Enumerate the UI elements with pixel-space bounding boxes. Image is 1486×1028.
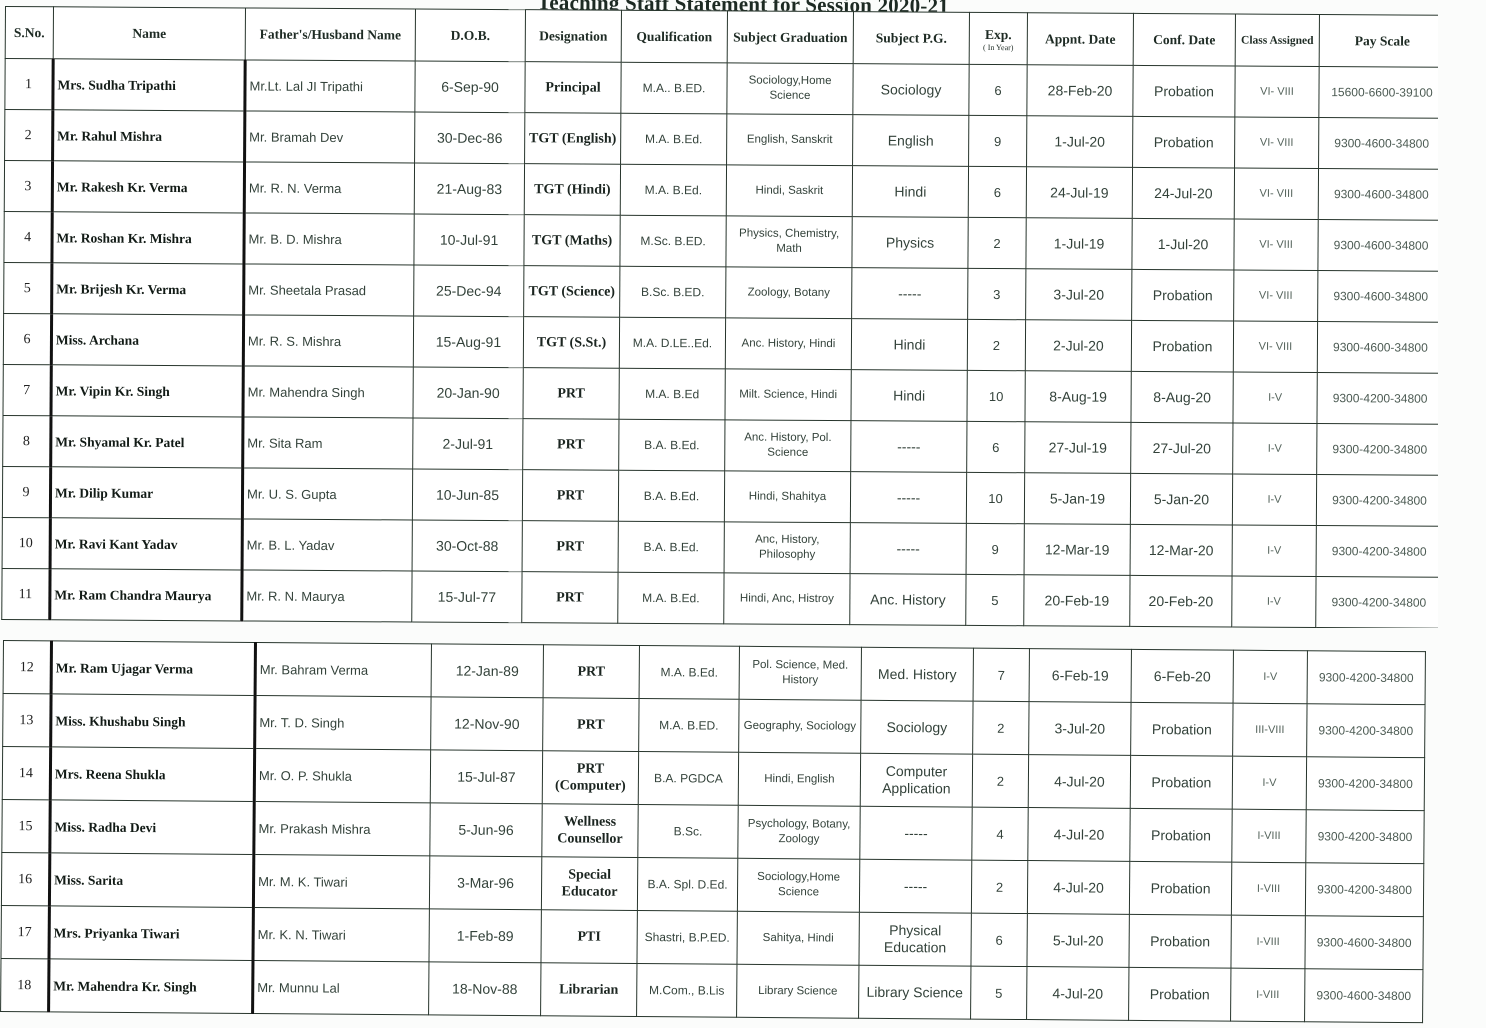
cell-pay-scale: 9300-4600-34800	[1319, 118, 1445, 170]
cell-confirmation-date: Probation	[1132, 269, 1234, 321]
cell-name: Mr. Rakesh Kr. Verma	[52, 161, 244, 213]
cell-experience: 4	[972, 807, 1028, 860]
table-row: 11 Mr. Ram Chandra Maurya Mr. R. N. Maur…	[2, 568, 1442, 628]
cell-experience: 10	[966, 472, 1024, 523]
cell-qualification: B.A. B.Ed.	[618, 521, 724, 573]
cell-designation: PRT	[543, 698, 639, 752]
header-experience: Exp. ( In Year)	[969, 12, 1027, 64]
cell-sno: 18	[1, 958, 49, 1011]
cell-appointment-date: 6-Feb-19	[1029, 649, 1131, 703]
cell-sno: 8	[3, 415, 51, 466]
cell-designation: Librarian	[541, 963, 637, 1017]
cell-confirmation-date: 12-Mar-20	[1130, 524, 1232, 576]
cell-name: Mrs. Priyanka Tiwari	[49, 906, 253, 961]
cell-qualification: M.A. B.Ed.	[618, 572, 724, 624]
cell-father-name: Mr. K. N. Tiwari	[253, 907, 429, 961]
cell-dob: 6-Sep-90	[415, 61, 525, 113]
cell-confirmation-date: Probation	[1129, 914, 1231, 968]
cell-father-name: Mr. B. D. Mishra	[244, 213, 414, 265]
cell-name: Mr. Ravi Kant Yadav	[50, 518, 242, 570]
scanned-document-page: Teaching Staff Statement for Session 202…	[0, 0, 1486, 1028]
cell-subject-graduation: English, Sanskrit	[727, 114, 853, 166]
cell-sno: 7	[3, 364, 51, 415]
cell-subject-graduation: Geography, Sociology	[739, 699, 861, 753]
cell-father-name: Mr. R. N. Verma	[244, 162, 414, 214]
cell-pay-scale: 9300-4600-34800	[1318, 169, 1444, 221]
cell-subject-graduation: Sahitya, Hindi	[737, 911, 859, 965]
cell-dob: 2-Jul-91	[413, 418, 523, 470]
cell-subject-graduation: Psychology, Botany, Zoology	[738, 805, 860, 859]
cell-name: Mr. Roshan Kr. Mishra	[52, 212, 244, 264]
cell-class-assigned: I-V	[1233, 372, 1317, 424]
cell-qualification: M.Com., B.Lis	[637, 963, 737, 1017]
table-body-part-2: 12 Mr. Ram Ujagar Verma Mr. Bahram Verma…	[1, 641, 1426, 1023]
cell-class-assigned: VI- VIII	[1234, 219, 1318, 271]
cell-father-name: Mr.Lt. Lal JI Tripathi	[245, 60, 415, 112]
cell-experience: 2	[973, 701, 1029, 754]
cell-confirmation-date: 1-Jul-20	[1132, 218, 1234, 270]
cell-name: Miss. Radha Devi	[50, 800, 254, 855]
header-class-assigned: Class Assigned	[1235, 14, 1319, 67]
cell-confirmation-date: Probation	[1130, 755, 1232, 809]
cell-confirmation-date: Probation	[1129, 967, 1231, 1021]
cell-pay-scale: 9300-4600-34800	[1305, 916, 1423, 970]
cell-qualification: Shastri, B.P.ED.	[637, 910, 737, 964]
cell-qualification: M.A. B.Ed.	[621, 113, 727, 165]
table-row: 1 Mrs. Sudha Tripathi Mr.Lt. Lal JI Trip…	[5, 59, 1445, 119]
cell-class-assigned: I-V	[1233, 650, 1307, 704]
header-subject-graduation: Subject Graduation	[727, 11, 853, 64]
cell-pay-scale: 9300-4600-34800	[1305, 969, 1423, 1023]
cell-class-assigned: VI- VIII	[1235, 66, 1319, 118]
cell-designation: PRT (Computer)	[542, 751, 638, 805]
cell-father-name: Mr. O. P. Shukla	[254, 748, 430, 802]
cell-subject-graduation: Sociology,Home Science	[737, 858, 859, 912]
cell-class-assigned: VI- VIII	[1233, 321, 1317, 373]
cell-appointment-date: 3-Jul-20	[1029, 702, 1131, 756]
cell-dob: 10-Jun-85	[412, 469, 522, 521]
cell-qualification: B.A. B.Ed.	[619, 419, 725, 471]
header-father-name: Father's/Husband Name	[245, 8, 415, 61]
cell-designation: TGT (Maths)	[524, 215, 620, 267]
cell-subject-pg: English	[853, 115, 969, 167]
cell-name: Miss. Archana	[51, 314, 243, 366]
header-designation: Designation	[525, 10, 621, 63]
cell-sno: 6	[3, 313, 51, 364]
cell-class-assigned: I-V	[1232, 576, 1316, 628]
cell-name: Mr. Vipin Kr. Singh	[51, 365, 243, 417]
table-header-row: S.No. Name Father's/Husband Name D.O.B. …	[5, 7, 1445, 68]
cell-designation: Wellness Counsellor	[542, 804, 638, 858]
cell-experience: 2	[967, 319, 1025, 370]
cell-qualification: B.A. Spl. D.Ed.	[637, 857, 737, 911]
cell-experience: 6	[971, 913, 1027, 966]
cell-subject-graduation: Hindi, Saskrit	[726, 165, 852, 217]
header-exp-unit: ( In Year)	[973, 42, 1024, 51]
table-row: 7 Mr. Vipin Kr. Singh Mr. Mahendra Singh…	[3, 364, 1443, 424]
cell-name: Mrs. Sudha Tripathi	[53, 59, 245, 111]
cell-class-assigned: I-V	[1232, 474, 1316, 526]
cell-designation: Special Educator	[541, 857, 637, 911]
cell-pay-scale: 9300-4200-34800	[1306, 810, 1424, 864]
cell-qualification: M.A. B.Ed.	[639, 645, 739, 699]
cell-subject-graduation: Zoology, Botany	[726, 267, 852, 319]
cell-dob: 30-Oct-88	[412, 520, 522, 572]
cell-subject-graduation: Physics, Chemistry, Math	[726, 216, 852, 268]
cell-appointment-date: 1-Jul-19	[1026, 218, 1132, 270]
cell-subject-graduation: Anc. History, Hindi	[725, 318, 851, 370]
cell-qualification: B.Sc. B.ED.	[620, 266, 726, 318]
cell-appointment-date: 12-Mar-19	[1024, 524, 1130, 576]
cell-experience: 2	[968, 217, 1026, 268]
cell-qualification: M.A.. B.ED.	[621, 62, 727, 114]
cell-confirmation-date: 20-Feb-20	[1130, 575, 1232, 627]
cell-experience: 10	[967, 370, 1025, 421]
cell-sno: 4	[4, 211, 52, 262]
cell-pay-scale: 9300-4200-34800	[1307, 704, 1425, 758]
cell-confirmation-date: 5-Jan-20	[1130, 473, 1232, 525]
cell-appointment-date: 4-Jul-20	[1028, 808, 1130, 862]
cell-name: Miss. Khushabu Singh	[51, 694, 255, 749]
table-row: 18 Mr. Mahendra Kr. Singh Mr. Munnu Lal …	[1, 958, 1423, 1022]
cell-sno: 1	[5, 59, 53, 110]
table-row: 2 Mr. Rahul Mishra Mr. Bramah Dev 30-Dec…	[5, 110, 1445, 170]
cell-pay-scale: 9300-4200-34800	[1316, 526, 1442, 578]
cell-qualification: B.Sc.	[638, 804, 738, 858]
cell-subject-pg: -----	[851, 421, 967, 473]
cell-subject-graduation: Pol. Science, Med. History	[739, 646, 861, 700]
cell-sno: 2	[5, 110, 53, 161]
header-confirmation-date: Conf. Date	[1133, 13, 1235, 66]
cell-confirmation-date: Probation	[1130, 808, 1232, 862]
cell-subject-graduation: Anc, History, Philosophy	[724, 522, 850, 574]
cell-pay-scale: 9300-4200-34800	[1305, 863, 1423, 917]
cell-dob: 1-Feb-89	[429, 909, 541, 963]
header-subject-pg: Subject P.G.	[853, 12, 969, 65]
cell-appointment-date: 4-Jul-20	[1027, 967, 1129, 1021]
cell-subject-pg: -----	[859, 859, 971, 913]
table-row: 6 Miss. Archana Mr. R. S. Mishra 15-Aug-…	[3, 313, 1443, 373]
cell-pay-scale: 9300-4200-34800	[1316, 577, 1442, 629]
cell-appointment-date: 28-Feb-20	[1027, 65, 1133, 117]
cell-class-assigned: I-V	[1232, 525, 1316, 577]
cell-qualification: M.A. D.LE..Ed.	[619, 317, 725, 369]
cell-appointment-date: 20-Feb-19	[1024, 575, 1130, 627]
cell-subject-graduation: Milt. Science, Hindi	[725, 369, 851, 421]
cell-pay-scale: 9300-4200-34800	[1306, 757, 1424, 811]
cell-experience: 2	[971, 860, 1027, 913]
table-row: 9 Mr. Dilip Kumar Mr. U. S. Gupta 10-Jun…	[2, 466, 1442, 526]
cell-dob: 5-Jun-96	[430, 803, 542, 857]
cell-confirmation-date: Probation	[1129, 861, 1231, 915]
cell-subject-pg: -----	[852, 268, 968, 320]
cell-subject-pg: Hindi	[851, 319, 967, 371]
cell-father-name: Mr. U. S. Gupta	[242, 468, 412, 520]
header-sno: S.No.	[5, 7, 53, 59]
cell-designation: PRT	[522, 572, 618, 624]
cell-father-name: Mr. Mahendra Singh	[243, 366, 413, 418]
header-name: Name	[53, 7, 245, 60]
cell-experience: 5	[971, 966, 1027, 1019]
cell-subject-pg: Hindi	[852, 166, 968, 218]
cell-pay-scale: 9300-4600-34800	[1318, 271, 1444, 323]
staff-table-part-2: 12 Mr. Ram Ujagar Verma Mr. Bahram Verma…	[0, 640, 1426, 1023]
cell-designation: Principal	[525, 62, 621, 114]
cell-name: Miss. Sarita	[49, 853, 253, 908]
cell-experience: 6	[967, 421, 1025, 472]
cell-dob: 12-Jan-89	[431, 644, 543, 698]
staff-table-part-1: S.No. Name Father's/Husband Name D.O.B. …	[1, 6, 1446, 629]
cell-class-assigned: I-VIII	[1232, 809, 1306, 863]
cell-subject-pg: Physical Education	[859, 912, 971, 966]
header-qualification: Qualification	[621, 10, 727, 63]
cell-name: Mr. Mahendra Kr. Singh	[49, 959, 253, 1014]
table-row: 5 Mr. Brijesh Kr. Verma Mr. Sheetala Pra…	[4, 262, 1444, 322]
table-row: 8 Mr. Shyamal Kr. Patel Mr. Sita Ram 2-J…	[3, 415, 1443, 475]
cell-subject-graduation: Hindi, Shahitya	[724, 471, 850, 523]
cell-sno: 11	[2, 568, 50, 619]
cell-dob: 15-Jul-77	[412, 571, 522, 623]
cell-designation: TGT (English)	[525, 113, 621, 165]
header-exp-label: Exp.	[985, 26, 1012, 41]
cell-father-name: Mr. T. D. Singh	[255, 695, 431, 749]
cell-father-name: Mr. M. K. Tiwari	[253, 854, 429, 908]
cell-qualification: B.A. B.Ed.	[618, 470, 724, 522]
cell-subject-pg: Med. History	[861, 647, 973, 701]
cell-class-assigned: VI- VIII	[1235, 117, 1319, 169]
cell-dob: 15-Aug-91	[413, 316, 523, 368]
cell-experience: 6	[969, 64, 1027, 115]
cell-sno: 14	[2, 747, 50, 800]
cell-sno: 15	[2, 799, 50, 852]
cell-sno: 16	[1, 852, 49, 905]
cell-dob: 25-Dec-94	[414, 265, 524, 317]
cell-confirmation-date: Probation	[1131, 320, 1233, 372]
cell-father-name: Mr. Sheetala Prasad	[244, 264, 414, 316]
cell-name: Mrs. Reena Shukla	[50, 747, 254, 802]
cell-name: Mr. Ram Ujagar Verma	[51, 641, 255, 696]
cell-class-assigned: I-V	[1232, 756, 1306, 810]
cell-experience: 9	[966, 523, 1024, 574]
cell-pay-scale: 15600-6600-39100	[1319, 67, 1445, 119]
cell-father-name: Mr. B. L. Yadav	[242, 519, 412, 571]
cell-designation: PRT	[523, 419, 619, 471]
cell-appointment-date: 3-Jul-20	[1026, 269, 1132, 321]
cell-designation: PRT	[523, 368, 619, 420]
cell-father-name: Mr. Bramah Dev	[245, 111, 415, 163]
cell-class-assigned: I-V	[1233, 423, 1317, 475]
cell-dob: 10-Jul-91	[414, 214, 524, 266]
cell-sno: 10	[2, 517, 50, 568]
cell-name: Mr. Rahul Mishra	[53, 110, 245, 162]
cell-designation: PRT	[522, 521, 618, 573]
cell-father-name: Mr. R. N. Maurya	[242, 570, 412, 622]
cell-experience: 2	[972, 754, 1028, 807]
cell-appointment-date: 5-Jul-20	[1027, 914, 1129, 968]
cell-designation: TGT (S.St.)	[523, 317, 619, 369]
cell-class-assigned: VI- VIII	[1234, 168, 1318, 220]
table-row: 4 Mr. Roshan Kr. Mishra Mr. B. D. Mishra…	[4, 211, 1444, 271]
cell-class-assigned: I-VIII	[1231, 915, 1305, 969]
cell-subject-pg: -----	[850, 472, 966, 524]
cell-qualification: M.A. B.Ed.	[620, 164, 726, 216]
cell-designation: PTI	[541, 910, 637, 964]
cell-appointment-date: 5-Jan-19	[1024, 473, 1130, 525]
cell-father-name: Mr. Sita Ram	[243, 417, 413, 469]
cell-name: Mr. Dilip Kumar	[50, 467, 242, 519]
cell-subject-graduation: Sociology,Home Science	[727, 63, 853, 115]
cell-sno: 3	[4, 161, 52, 212]
cell-experience: 7	[973, 648, 1029, 701]
table-row: 10 Mr. Ravi Kant Yadav Mr. B. L. Yadav 3…	[2, 517, 1442, 577]
cell-appointment-date: 8-Aug-19	[1025, 371, 1131, 423]
cell-qualification: B.A. PGDCA	[638, 751, 738, 805]
header-dob: D.O.B.	[415, 9, 525, 62]
cell-subject-graduation: Library Science	[737, 964, 859, 1018]
cell-subject-pg: Physics	[852, 217, 968, 269]
cell-designation: PRT	[522, 470, 618, 522]
cell-class-assigned: I-VIII	[1231, 862, 1305, 916]
cell-dob: 21-Aug-83	[414, 163, 524, 215]
cell-designation: TGT (Hindi)	[524, 164, 620, 216]
cell-confirmation-date: Probation	[1131, 702, 1233, 756]
cell-pay-scale: 9300-4200-34800	[1316, 475, 1442, 527]
cell-sno: 13	[3, 694, 51, 747]
header-appointment-date: Appnt. Date	[1027, 13, 1133, 66]
cell-experience: 3	[968, 268, 1026, 319]
page-edge	[1438, 0, 1486, 632]
cell-father-name: Mr. Prakash Mishra	[254, 801, 430, 855]
cell-class-assigned: VI- VIII	[1234, 270, 1318, 322]
cell-subject-pg: Library Science	[859, 965, 971, 1019]
cell-experience: 5	[966, 574, 1024, 625]
cell-class-assigned: III-VIII	[1233, 703, 1307, 757]
cell-confirmation-date: 8-Aug-20	[1131, 371, 1233, 423]
cell-name: Mr. Ram Chandra Maurya	[50, 569, 242, 621]
cell-confirmation-date: 6-Feb-20	[1131, 649, 1233, 703]
cell-dob: 20-Jan-90	[413, 367, 523, 419]
cell-dob: 12-Nov-90	[431, 697, 543, 751]
cell-designation: PRT	[543, 645, 639, 699]
cell-name: Mr. Shyamal Kr. Patel	[51, 416, 243, 468]
cell-subject-pg: -----	[860, 806, 972, 860]
cell-name: Mr. Brijesh Kr. Verma	[52, 263, 244, 315]
cell-dob: 18-Nov-88	[429, 962, 541, 1016]
cell-pay-scale: 9300-4200-34800	[1317, 424, 1443, 476]
cell-appointment-date: 27-Jul-19	[1025, 422, 1131, 474]
cell-pay-scale: 9300-4600-34800	[1318, 220, 1444, 272]
cell-dob: 15-Jul-87	[430, 750, 542, 804]
cell-subject-graduation: Anc. History, Pol. Science	[725, 420, 851, 472]
cell-qualification: M.Sc. B.ED.	[620, 215, 726, 267]
cell-father-name: Mr. R. S. Mishra	[243, 315, 413, 367]
scan-seam	[0, 628, 1486, 636]
cell-subject-graduation: Hindi, English	[738, 752, 860, 806]
cell-pay-scale: 9300-4200-34800	[1307, 651, 1425, 705]
cell-subject-pg: Hindi	[851, 370, 967, 422]
cell-sno: 17	[1, 905, 49, 958]
cell-dob: 3-Mar-96	[429, 856, 541, 910]
cell-experience: 9	[969, 115, 1027, 166]
cell-subject-pg: Sociology	[861, 700, 973, 754]
cell-subject-pg: Anc. History	[850, 574, 966, 626]
cell-dob: 30-Dec-86	[415, 112, 525, 164]
cell-confirmation-date: Probation	[1133, 116, 1235, 168]
cell-subject-graduation: Hindi, Anc, Histroy	[724, 573, 850, 625]
cell-class-assigned: I-VIII	[1231, 968, 1305, 1022]
cell-sno: 5	[4, 262, 52, 313]
cell-appointment-date: 4-Jul-20	[1027, 861, 1129, 915]
cell-qualification: M.A. B.ED.	[639, 698, 739, 752]
cell-confirmation-date: 24-Jul-20	[1132, 167, 1234, 219]
cell-subject-pg: Computer Application	[860, 753, 972, 807]
cell-appointment-date: 2-Jul-20	[1025, 320, 1131, 372]
cell-appointment-date: 24-Jul-19	[1026, 167, 1132, 219]
cell-sno: 9	[2, 466, 50, 517]
cell-designation: TGT (Science)	[524, 266, 620, 318]
table-body-part-1: 1 Mrs. Sudha Tripathi Mr.Lt. Lal JI Trip…	[2, 59, 1445, 629]
cell-confirmation-date: 27-Jul-20	[1131, 422, 1233, 474]
cell-father-name: Mr. Bahram Verma	[255, 642, 431, 696]
cell-experience: 6	[968, 166, 1026, 217]
cell-appointment-date: 1-Jul-20	[1027, 116, 1133, 168]
cell-appointment-date: 4-Jul-20	[1028, 755, 1130, 809]
cell-sno: 12	[3, 641, 51, 694]
cell-subject-pg: -----	[850, 523, 966, 575]
table-row: 3 Mr. Rakesh Kr. Verma Mr. R. N. Verma 2…	[4, 161, 1444, 221]
cell-pay-scale: 9300-4600-34800	[1317, 322, 1443, 374]
cell-father-name: Mr. Munnu Lal	[253, 960, 429, 1014]
header-pay-scale: Pay Scale	[1319, 15, 1445, 68]
cell-confirmation-date: Probation	[1133, 65, 1235, 117]
cell-qualification: M.A. B.Ed	[619, 368, 725, 420]
cell-subject-pg: Sociology	[853, 64, 969, 116]
cell-pay-scale: 9300-4200-34800	[1317, 373, 1443, 425]
